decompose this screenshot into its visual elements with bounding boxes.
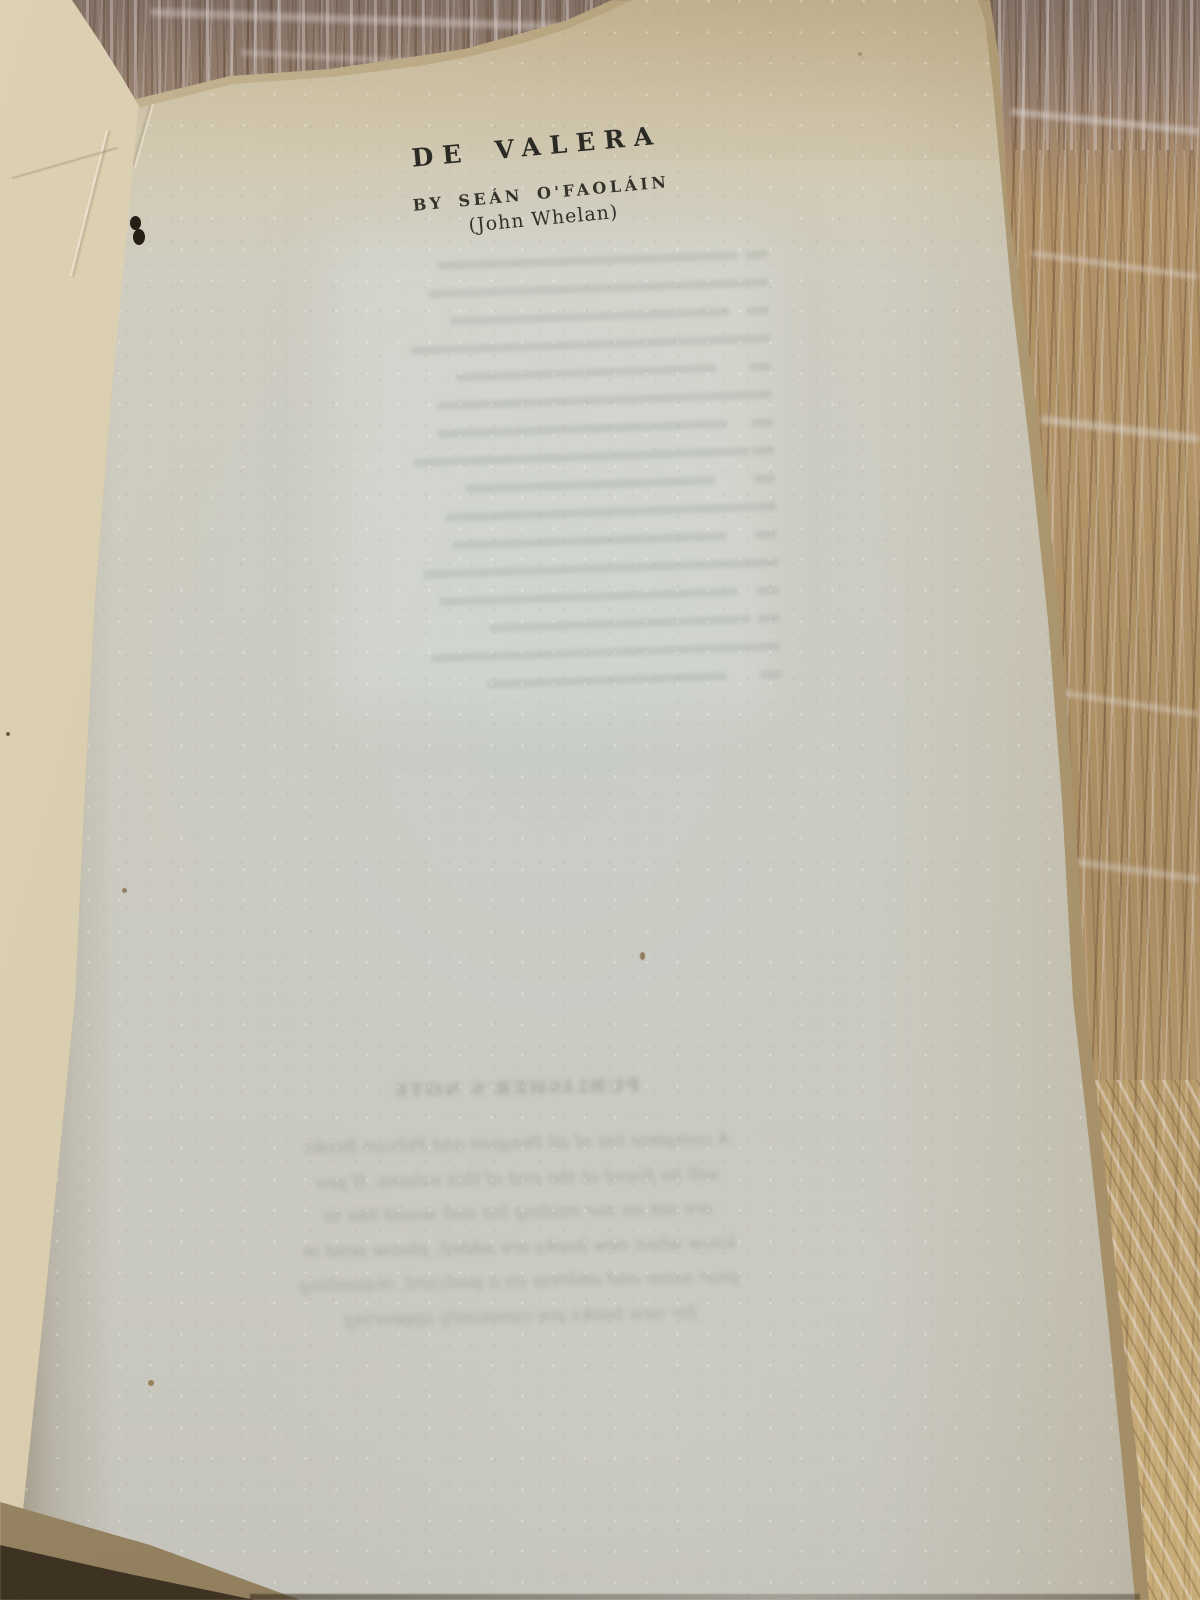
book-photo-scene: DE VALERA BY SEÁN O'FAOLÁIN (John Whelan… (0, 0, 1200, 1600)
photo-vignette (0, 0, 1200, 1600)
